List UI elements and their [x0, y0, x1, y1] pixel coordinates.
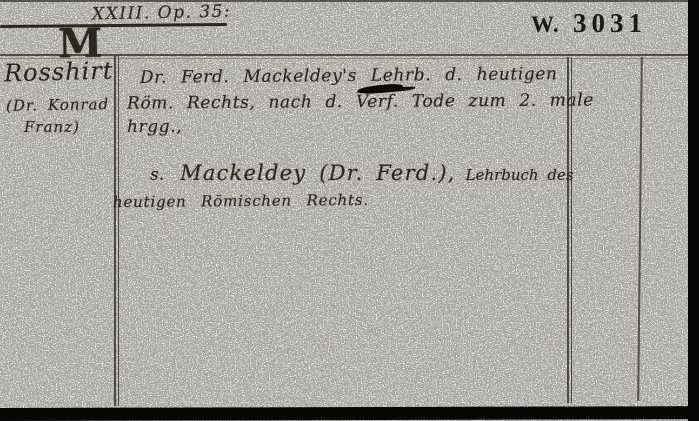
scan-top-edge [0, 0, 699, 2]
catalog-card-scan: XXIII. Op. 35: M W. 3031 Rosshirt (Dr. K… [0, 0, 699, 421]
scan-right-edge [688, 0, 699, 421]
author-forenames-line1: (Dr. Konrad [6, 95, 109, 115]
reference-line-1: s.Mackeldey (Dr. Ferd.),Lehrbuch des [150, 161, 574, 185]
author-forenames-line2: Franz) [24, 118, 80, 136]
reference-target: Mackeldey (Dr. Ferd.), [180, 161, 455, 185]
note-line-1: Dr. Ferd. Mackeldey's Lehrb. d. heutigen [140, 64, 558, 88]
author-column-rule [114, 55, 119, 406]
note-line-3: hrgg., [127, 117, 182, 137]
note-line-2: Röm. Rechts, nach d. Verf. Tode zum 2. m… [127, 90, 594, 113]
initial-letter-mark: M [58, 20, 103, 68]
right-column-rule [637, 57, 643, 401]
scan-bottom-edge [0, 406, 699, 421]
accession-number: 3031 [573, 8, 647, 39]
see-abbreviation: s. [150, 165, 164, 185]
class-mark: XXIII. Op. 35: [92, 2, 232, 25]
reference-title-part1: Lehrbuch des [466, 166, 574, 184]
series-letter: W. [531, 12, 560, 38]
reference-title-part2: heutigen Römischen Rechts. [113, 191, 369, 211]
